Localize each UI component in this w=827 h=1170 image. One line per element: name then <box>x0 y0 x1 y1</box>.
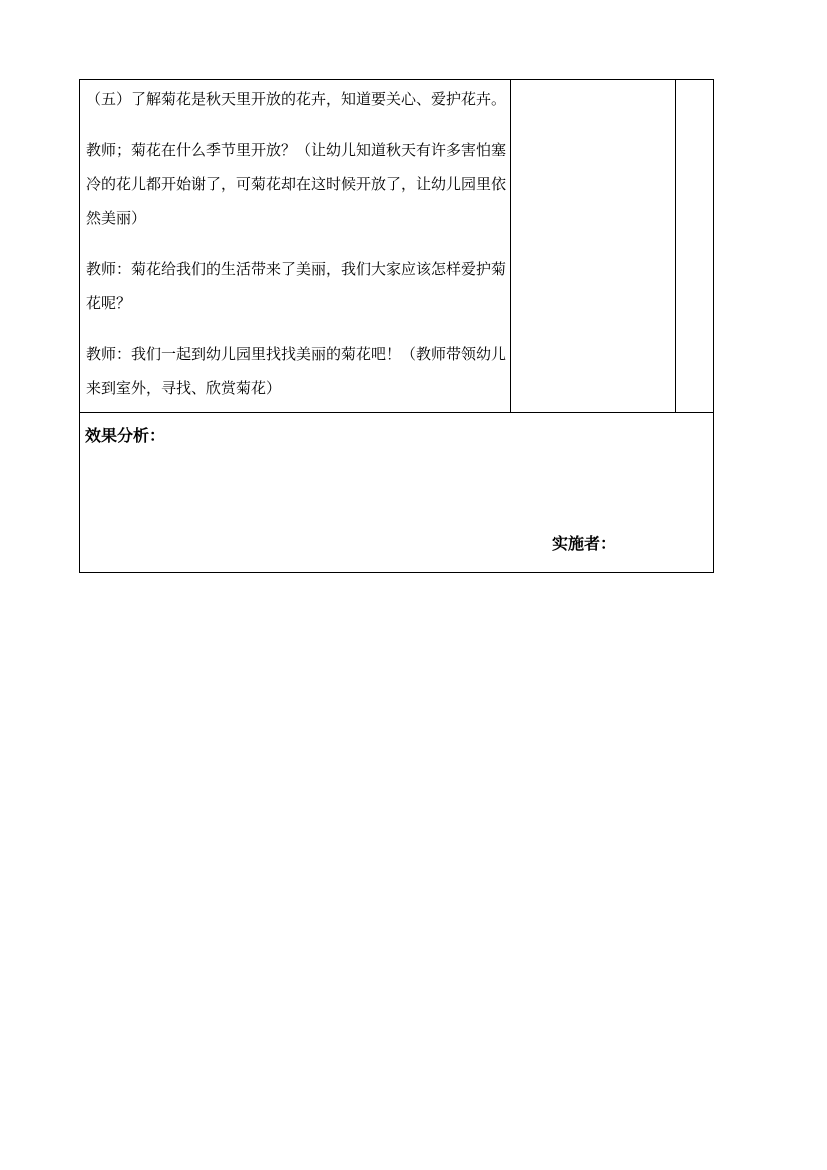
text-line: 然美丽） <box>86 202 505 236</box>
paragraph: 教师：我们一起到幼儿园里找找美丽的菊花吧！（教师带领幼儿 来到室外，寻找、欣赏菊… <box>86 338 505 406</box>
activity-row: （五）了解菊花是秋天里开放的花卉，知道要关心、爱护花卉。 教师；菊花在什么季节里… <box>80 80 713 413</box>
side-empty-cell <box>676 80 713 412</box>
text-line: 花呢？ <box>86 287 505 321</box>
lesson-plan-table: （五）了解菊花是秋天里开放的花卉，知道要关心、爱护花卉。 教师；菊花在什么季节里… <box>79 79 714 573</box>
text-line: 教师；菊花在什么季节里开放？（让幼儿知道秋天有许多害怕塞 <box>86 134 505 168</box>
text-line: 冷的花儿都开始谢了，可菊花却在这时候开放了，让幼儿园里依 <box>86 168 505 202</box>
paragraph: 教师；菊花在什么季节里开放？（让幼儿知道秋天有许多害怕塞 冷的花儿都开始谢了，可… <box>86 134 505 236</box>
text-line: （五）了解菊花是秋天里开放的花卉，知道要关心、爱护花卉。 <box>86 83 505 117</box>
paragraph: （五）了解菊花是秋天里开放的花卉，知道要关心、爱护花卉。 <box>86 83 505 117</box>
text-line: 来到室外，寻找、欣赏菊花） <box>86 372 505 406</box>
notes-empty-cell <box>511 80 676 412</box>
effect-analysis-label: 效果分析： <box>85 425 708 449</box>
activity-text-cell: （五）了解菊花是秋天里开放的花卉，知道要关心、爱护花卉。 教师；菊花在什么季节里… <box>80 80 511 412</box>
analysis-row: 效果分析： 实施者： <box>80 413 713 571</box>
text-line: 教师：我们一起到幼儿园里找找美丽的菊花吧！（教师带领幼儿 <box>86 338 505 372</box>
paragraph: 教师：菊花给我们的生活带来了美丽，我们大家应该怎样爱护菊 花呢？ <box>86 253 505 321</box>
implementer-label: 实施者： <box>552 535 616 555</box>
text-line: 教师：菊花给我们的生活带来了美丽，我们大家应该怎样爱护菊 <box>86 253 505 287</box>
document-page: （五）了解菊花是秋天里开放的花卉，知道要关心、爱护花卉。 教师；菊花在什么季节里… <box>0 0 827 1170</box>
